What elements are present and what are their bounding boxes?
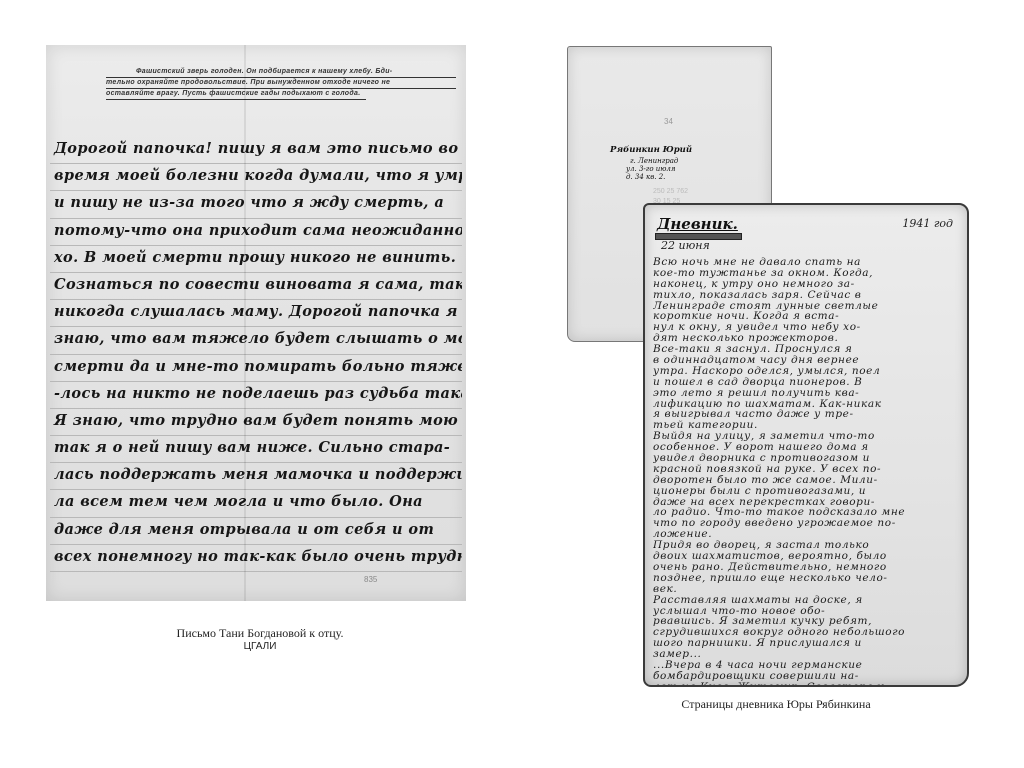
diary-line: особенное. У ворот нашего дома я	[653, 442, 965, 453]
diary-line: ло радио. Что-то такое подсказало мне	[653, 507, 965, 518]
diary-line: позднее, пришло еще несколько чело-	[653, 573, 965, 584]
diary-line: Все-таки я заснул. Проснулся я	[653, 344, 965, 355]
diary-line: тихло, показалась заря. Сейчас в	[653, 290, 965, 301]
letter-line: знаю, что вам тяжело будет слышать о мое…	[50, 327, 462, 354]
letter-line: никогда слушалась маму. Дорогой папочка …	[50, 300, 462, 327]
diary-line: шого парнишки. Я прислушался и	[653, 638, 965, 649]
letter-line: ла всем тем чем могла и что было. Она	[50, 490, 462, 517]
cover-owner-name: Рябинкин Юрий	[610, 145, 692, 155]
letter-handwriting: Дорогой папочка! пишу я вам это письмо в…	[50, 137, 462, 572]
diary-line: дворотен было то же самое. Мили-	[653, 475, 965, 486]
diary-year: 1941 год	[902, 217, 953, 230]
cover-address-line: ул. 3-го июля	[626, 165, 736, 173]
letter-line: лась поддержать меня мамочка и поддержив…	[50, 463, 462, 490]
letter-printed-header: Фашистский зверь голоден. Он подбирается…	[106, 67, 456, 100]
diary-line: рвавшись. Я заметил кучку ребят,	[653, 616, 965, 627]
diary-line: увидел дворника с противогазом и	[653, 453, 965, 464]
letter-line: хо. В моей смерти прошу никого не винить…	[50, 246, 462, 273]
diary-title: Дневник.	[657, 215, 738, 233]
diary-line: что по городу введено угрожаемое по-	[653, 518, 965, 529]
letter-line: Я знаю, что трудно вам будет понять мою …	[50, 409, 462, 436]
letter-line: время моей болезни когда думали, что я у…	[50, 164, 462, 191]
diary-line: Всю ночь мне не давало спать на	[653, 257, 965, 268]
diary-line: утра. Наскоро оделся, умылся, поел	[653, 366, 965, 377]
diary-line: короткие ночи. Когда я вста-	[653, 311, 965, 322]
diary-line: я выигрывал часто даже у тре-	[653, 409, 965, 420]
caption-letter: Письмо Тани Богдановой к отцу. ЦГАЛИ	[140, 626, 380, 654]
diary-line: Придя во дворец, я застал только	[653, 540, 965, 551]
letter-line: Сознаться по совести виновата я сама, та…	[50, 273, 462, 300]
diary-line: это лето я решил получить ква-	[653, 388, 965, 399]
letter-line: смерти да и мне-то помирать больно тяжел…	[50, 355, 462, 382]
caption-diary: Страницы дневника Юры Рябинкина	[646, 697, 906, 711]
letter-photo: Фашистский зверь голоден. Он подбирается…	[46, 45, 466, 601]
diary-line: замер...	[653, 649, 965, 660]
letter-line: даже для меня отрывала и от себя и от	[50, 518, 462, 545]
diary-line: наконец, к утру оно немного за-	[653, 279, 965, 290]
diary-line: тьей категории.	[653, 420, 965, 431]
diary-line: лификацию по шахматам. Как-никак	[653, 399, 965, 410]
diary-line: Выйдя на улицу, я заметил что-то	[653, 431, 965, 442]
letter-header-line: тельно охраняйте продовольствие. При вын…	[106, 78, 456, 89]
letter-line: потому-что она приходит сама неожиданно …	[50, 219, 462, 246]
diary-line: красной повязкой на руке. У всех по-	[653, 464, 965, 475]
letter-line: Дорогой папочка! пишу я вам это письмо в…	[50, 137, 462, 164]
diary-line: даже на всех перекрестках говори-	[653, 497, 965, 508]
cover-faint-line: 250 25 762	[653, 187, 688, 197]
letter-line: и пишу не из-за того что я жду смерть, а	[50, 191, 462, 218]
diary-date: 22 июня	[661, 239, 710, 252]
diary-page-photo: Дневник. 1941 год 22 июня Всю ночь мне н…	[643, 203, 969, 687]
diary-line: нул к окну, я увидел что небу хо-	[653, 322, 965, 333]
letter-line: так я о ней пишу вам ниже. Сильно стара-	[50, 436, 462, 463]
letter-line: -лось на никто не поделаешь раз судьба т…	[50, 382, 462, 409]
letter-header-line: оставляйте врагу. Пусть фашистские гады …	[106, 89, 366, 100]
diary-line: и пошел в сад дворца пионеров. В	[653, 377, 965, 388]
cover-address-line: д. 34 кв. 2.	[626, 173, 736, 181]
diary-line: очень рано. Действительно, немного	[653, 562, 965, 573]
letter-stamp: 835	[364, 575, 377, 584]
diary-line: услышал что-то новое обо-	[653, 606, 965, 617]
diary-line: ционеры были с противогазами, и	[653, 486, 965, 497]
diary-line: лет на Киев, Житомир, Севастополь	[653, 682, 965, 687]
diary-line: в одиннадцатом часу дня вернее	[653, 355, 965, 366]
caption-letter-source: ЦГАЛИ	[140, 640, 380, 654]
letter-line: всех понемногу но так-как было очень тру…	[50, 545, 462, 572]
caption-letter-title: Письмо Тани Богдановой к отцу.	[140, 626, 380, 640]
diary-handwriting: Всю ночь мне не давало спать на кое-то т…	[653, 257, 965, 687]
diary-line: дят несколько прожекторов.	[653, 333, 965, 344]
cover-number: 34	[664, 117, 673, 126]
diary-line: Ленинграде стоят лунные светлые	[653, 301, 965, 312]
letter-header-line: Фашистский зверь голоден. Он подбирается…	[106, 67, 456, 78]
diary-line: век.	[653, 584, 965, 595]
cover-address-line: г. Ленинград	[630, 157, 740, 165]
diary-line: двоих шахматистов, вероятно, было	[653, 551, 965, 562]
diary-line: ...Вчера в 4 часа ночи германские	[653, 660, 965, 671]
diary-line: кое-то тужтанье за окном. Когда,	[653, 268, 965, 279]
diary-line: сгрудившихся вокруг одного небольшого	[653, 627, 965, 638]
diary-line: ложение.	[653, 529, 965, 540]
diary-line: Расставляя шахматы на доске, я	[653, 595, 965, 606]
diary-line: бомбардировщики совершили на-	[653, 671, 965, 682]
